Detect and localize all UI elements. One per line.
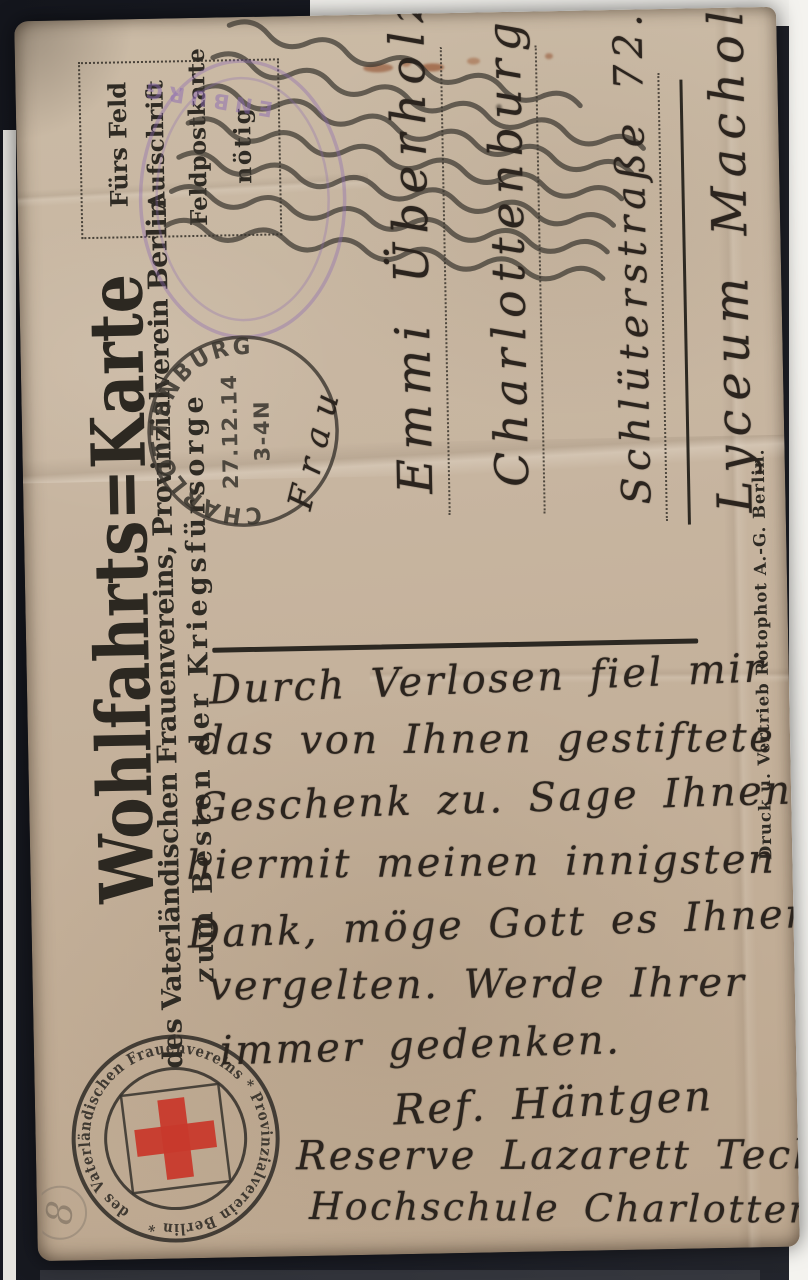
- address-name: Emmi Überholz: [384, 53, 440, 494]
- address-institution: Lyceum Machol: [703, 62, 760, 513]
- message-line: hiermit meinen innigsten: [186, 837, 776, 889]
- postmark-place: CHARLOTTENBURG: [145, 334, 263, 531]
- address-street: Schlüterstraße 72.: [604, 24, 661, 505]
- scanner-edge-bottom: [40, 1270, 760, 1280]
- postcard-scan: Fürs Feld Aufschrift Feldpostkarte nötig…: [0, 0, 808, 1280]
- signature-line: Hochschule Charlottenburg: [309, 1184, 800, 1232]
- message-line: vergelten. Werde Ihrer: [209, 960, 747, 1010]
- scanner-edge-left: [3, 130, 16, 1280]
- message-line: das von Ihnen gestiftete: [198, 715, 776, 764]
- signature-line: Reserve Lazarett Techn.: [296, 1132, 800, 1179]
- address-city: Charlottenburg: [480, 57, 536, 488]
- postmark-date: 27.12.14: [217, 373, 243, 489]
- postmark-time: 3-4N: [249, 400, 274, 462]
- violet-stamp-fragment: ENBURG: [138, 77, 274, 122]
- postcard: Fürs Feld Aufschrift Feldpostkarte nötig…: [14, 7, 800, 1261]
- violet-censor-stamp: ENBURG: [137, 59, 347, 339]
